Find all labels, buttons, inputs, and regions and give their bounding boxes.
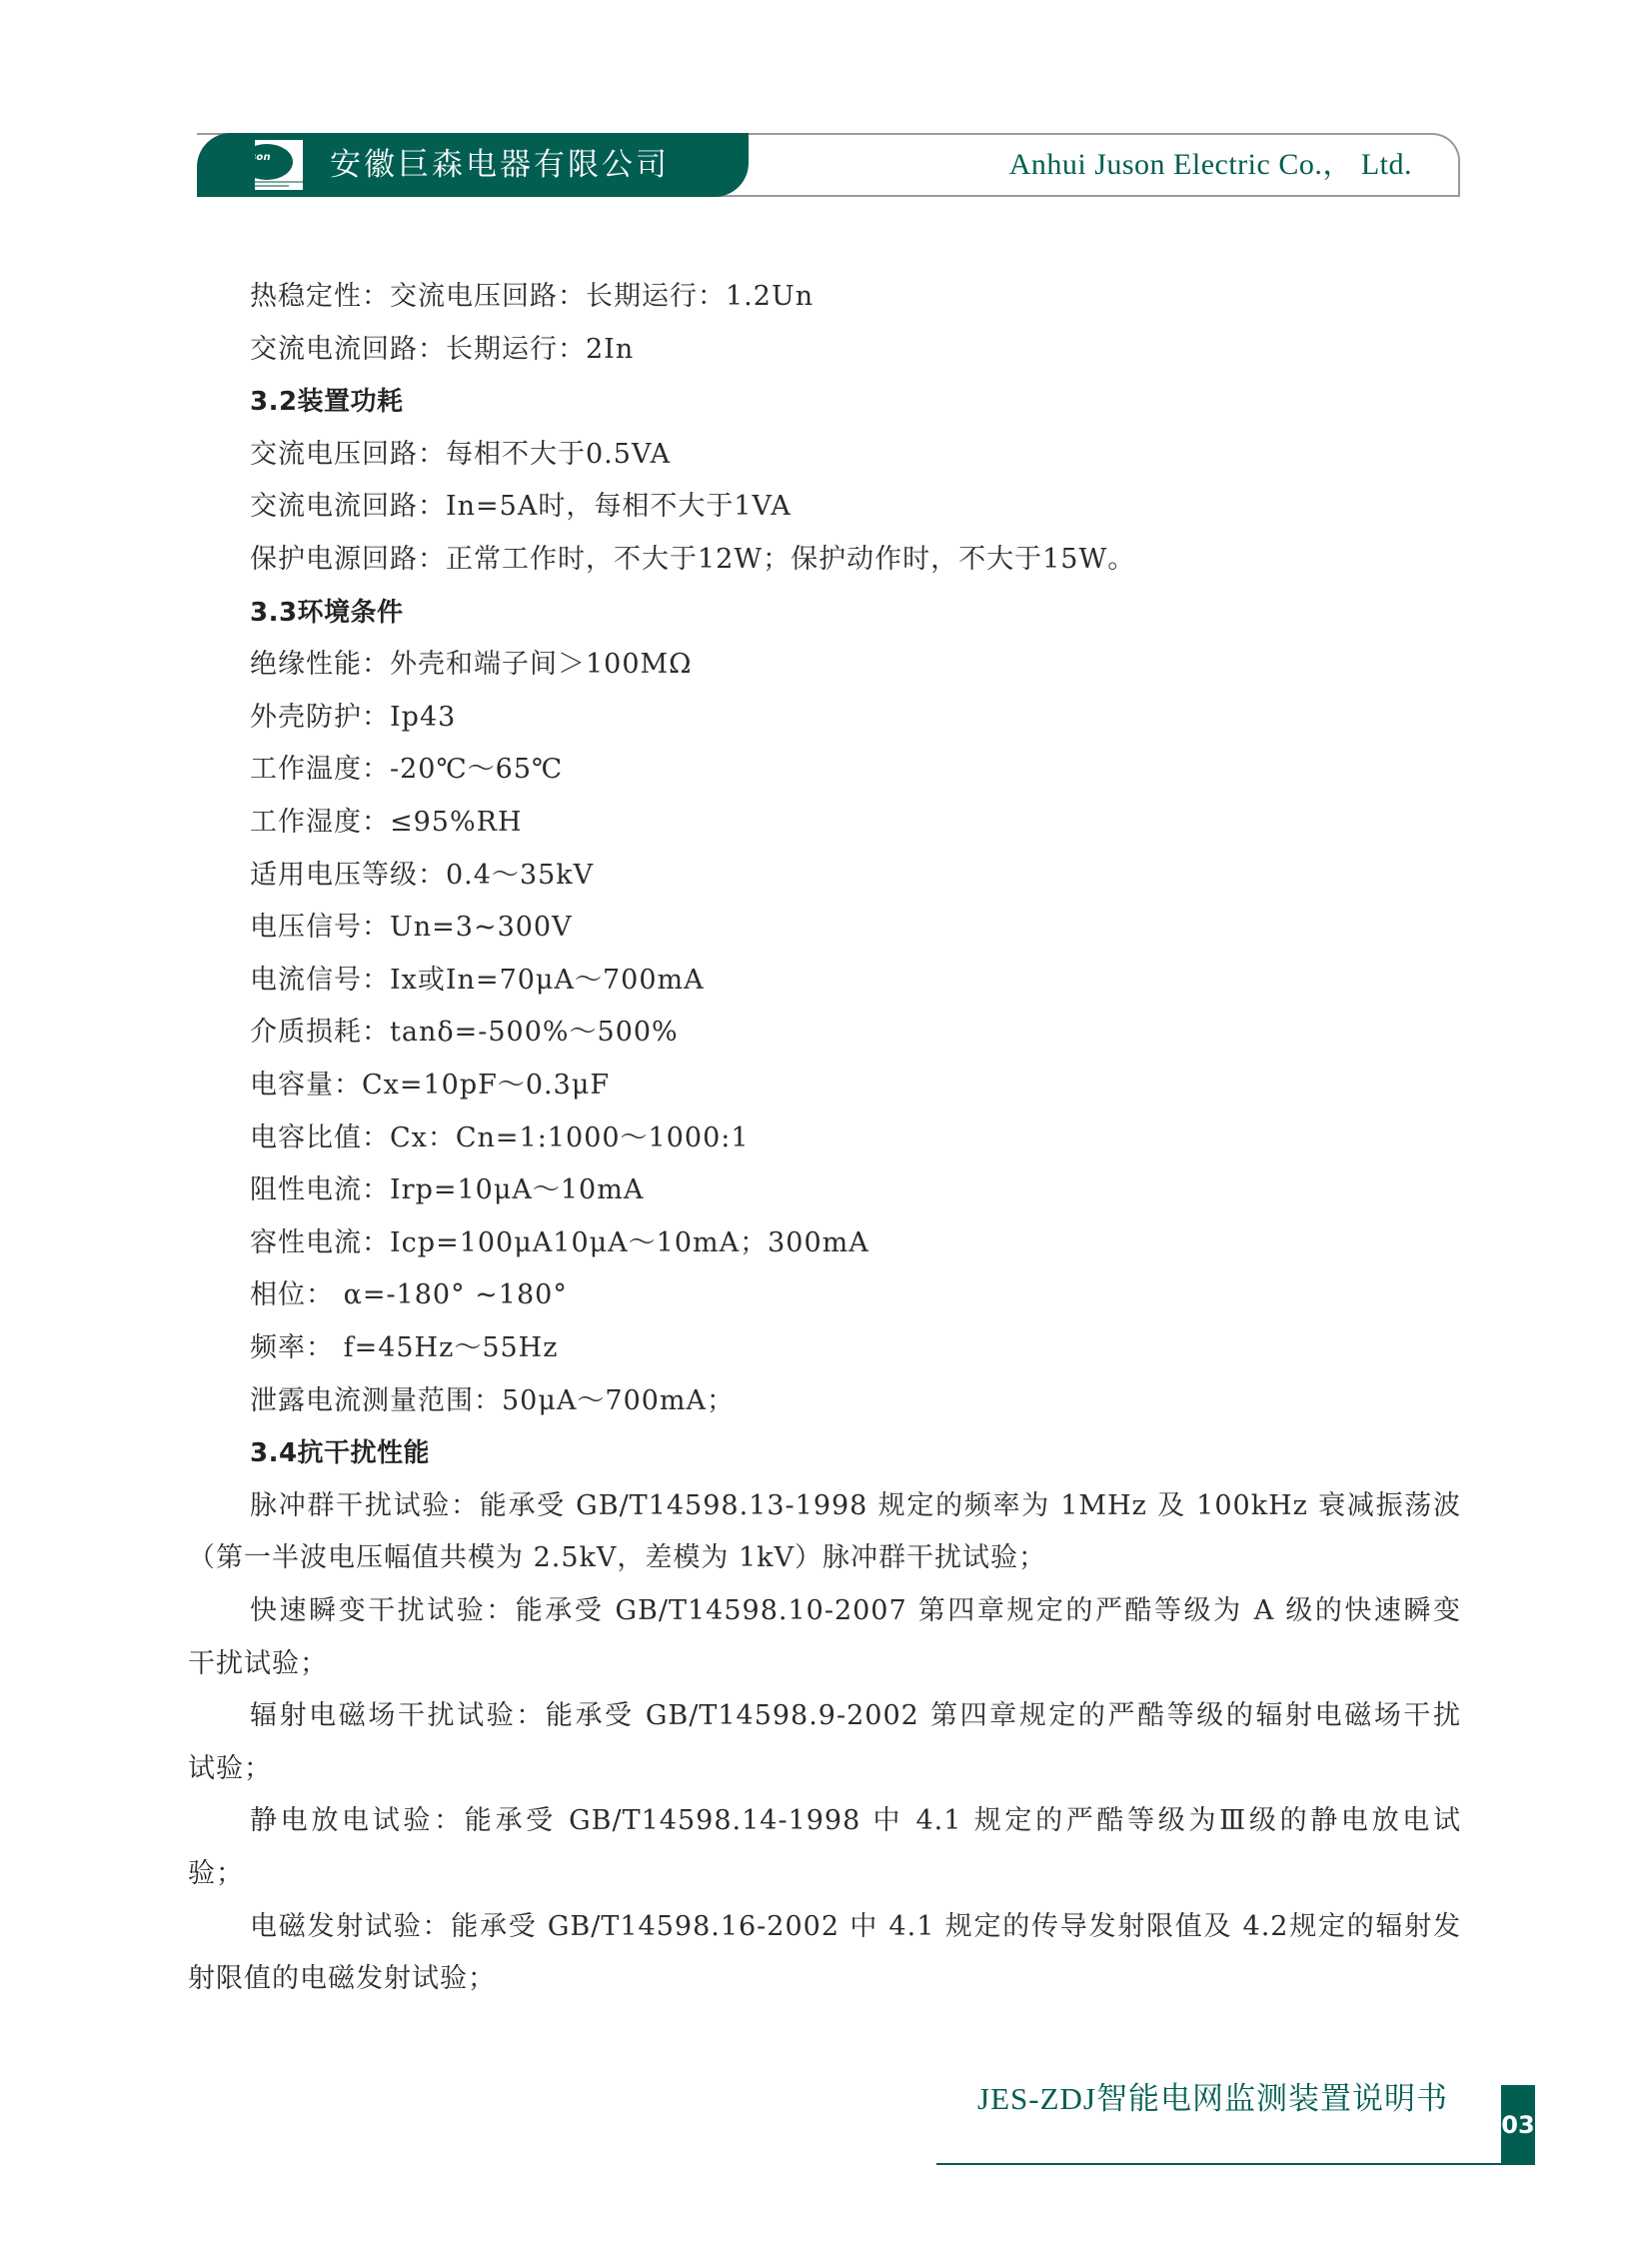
text-line: 电压信号：Un=3~300V xyxy=(250,908,573,948)
text-line: 脉冲群干扰试验：能承受 GB/T14598.13-1998 规定的频率为 1MH… xyxy=(250,1486,1461,1526)
section-heading: 3.3环境条件 xyxy=(250,593,404,633)
text-line: 热稳定性：交流电压回路：长期运行：1.2Un xyxy=(250,277,814,317)
text-line: （第一半波电压幅值共模为 2.5kV，差模为 1kV）脉冲群干扰试验； xyxy=(188,1538,1046,1578)
text-line: 验； xyxy=(188,1854,244,1894)
logo-text: Juson xyxy=(255,152,271,163)
text-line: 容性电流：Icp=100μA10μA～10mA；300mA xyxy=(250,1223,869,1263)
company-name-en: Anhui Juson Electric Co.， Ltd. xyxy=(1009,145,1412,185)
text-line: 交流电压回路：每相不大于0.5VA xyxy=(250,435,671,475)
text-line: 绝缘性能：外壳和端子间＞100MΩ xyxy=(250,645,693,685)
header-brand-band: Juson 安徽巨森电器有限公司 xyxy=(197,133,749,197)
text-line: 快速瞬变干扰试验：能承受 GB/T14598.10-2007 第四章规定的严酷等… xyxy=(250,1591,1461,1631)
text-line: 试验； xyxy=(188,1749,272,1789)
text-line: 交流电流回路：长期运行：2In xyxy=(250,330,634,370)
text-line: 介质损耗：tanδ=-500%～500% xyxy=(250,1013,679,1053)
text-line: 相位： α=-180° ~180° xyxy=(250,1275,568,1315)
text-line: 适用电压等级：0.4～35kV xyxy=(250,856,594,896)
text-line: 电容比值：Cx：Cn=1:1000～1000:1 xyxy=(250,1119,750,1158)
text-line: 交流电流回路：In=5A时，每相不大于1VA xyxy=(250,487,792,527)
text-line: 电流信号：Ix或In=70μA～700mA xyxy=(250,961,705,1001)
text-line: 保护电源回路：正常工作时，不大于12W；保护动作时，不大于15W。 xyxy=(250,540,1135,580)
section-heading: 3.4抗干扰性能 xyxy=(250,1433,430,1473)
text-line: 频率： f=45Hz～55Hz xyxy=(250,1328,558,1368)
text-line: 工作湿度：≤95%RH xyxy=(250,803,523,843)
text-line: 工作温度：-20℃～65℃ xyxy=(250,750,563,790)
section-heading: 3.2装置功耗 xyxy=(250,382,404,422)
text-line: 泄露电流测量范围：50μA～700mA； xyxy=(250,1381,735,1421)
text-line: 干扰试验； xyxy=(188,1644,328,1684)
manual-title: JES-ZDJ智能电网监测装置说明书 xyxy=(977,2079,1448,2119)
company-name-cn: 安徽巨森电器有限公司 xyxy=(330,142,670,188)
text-line: 电磁发射试验：能承受 GB/T14598.16-2002 中 4.1 规定的传导… xyxy=(250,1907,1461,1947)
text-line: 外壳防护：Ip43 xyxy=(250,698,456,738)
text-line: 阻性电流：Irp=10μA～10mA xyxy=(250,1170,644,1210)
page-number: 03 xyxy=(1501,2085,1535,2165)
page-header: Juson 安徽巨森电器有限公司 Anhui Juson Electric Co… xyxy=(197,133,1460,197)
juson-logo-icon: Juson xyxy=(255,140,303,190)
text-line: 辐射电磁场干扰试验：能承受 GB/T14598.9-2002 第四章规定的严酷等… xyxy=(250,1696,1461,1736)
text-line: 电容量：Cx=10pF～0.3μF xyxy=(250,1066,610,1106)
text-line: 射限值的电磁发射试验； xyxy=(188,1959,496,1999)
text-line: 静电放电试验：能承受 GB/T14598.14-1998 中 4.1 规定的严酷… xyxy=(250,1801,1461,1841)
footer-divider xyxy=(936,2163,1501,2165)
